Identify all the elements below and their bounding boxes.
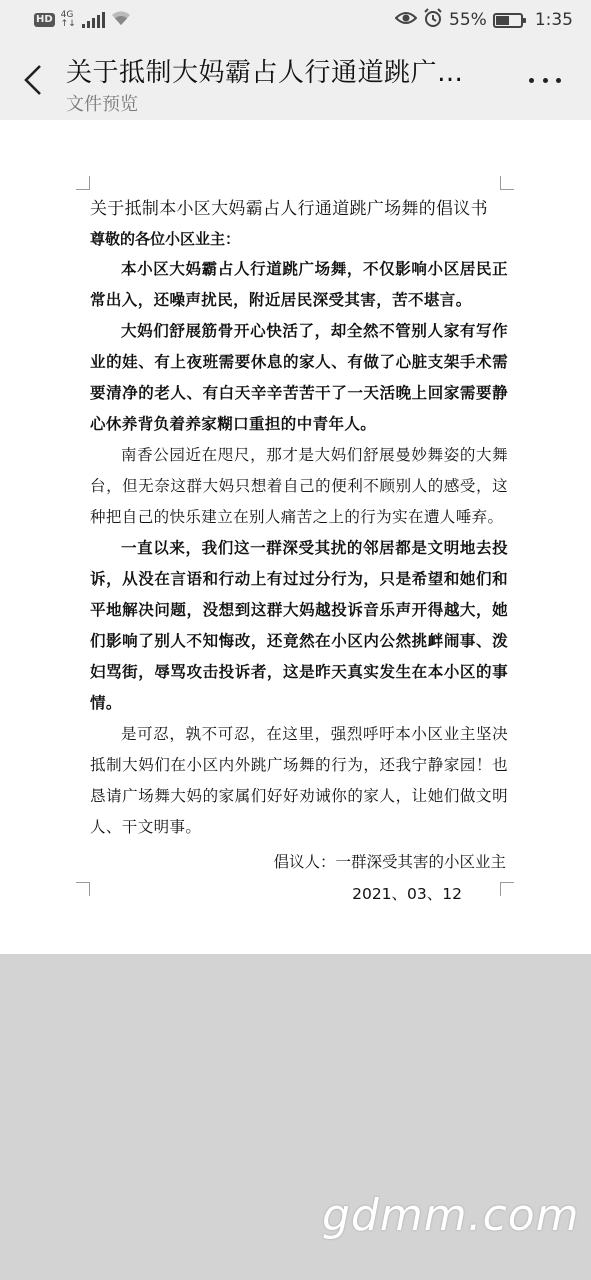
battery-icon [493,13,523,28]
status-left: HD 4G ↑↓ [34,10,131,31]
crop-mark-top-left [76,176,90,190]
document-salutation: 尊敬的各位小区业主： [90,224,508,254]
battery-percent: 55% [449,10,487,30]
document-paragraph: 南香公园近在咫尺，那才是大妈们舒展曼妙舞姿的大舞台，但无奈这群大妈只想着自己的便… [90,440,508,533]
chevron-left-icon [23,64,43,96]
document-body: 关于抵制本小区大妈霸占人行通道跳广场舞的倡议书 尊敬的各位小区业主： 本小区大妈… [90,194,508,910]
alarm-icon [423,8,443,33]
document-heading: 关于抵制本小区大妈霸占人行通道跳广场舞的倡议书 [90,194,508,224]
wifi-icon [111,10,131,31]
hd-icon: HD [34,13,55,27]
document-paragraph: 本小区大妈霸占人行道跳广场舞，不仅影响小区居民正常出入，还噪声扰民，附近居民深受… [90,254,508,316]
crop-mark-bottom-left [76,882,90,896]
network-type: 4G ↑↓ [61,11,76,29]
more-horizontal-icon [529,78,534,83]
clock: 1:35 [535,10,573,30]
more-button[interactable] [529,70,561,90]
document-page[interactable]: 关于抵制本小区大妈霸占人行通道跳广场舞的倡议书 尊敬的各位小区业主： 本小区大妈… [0,120,591,954]
page-subtitle: 文件预览 [66,90,138,116]
signal-icon [82,12,105,28]
document-paragraph: 是可忍，孰不可忍，在这里，强烈呼吁本小区业主坚决抵制大妈们在小区内外跳广场舞的行… [90,719,508,843]
status-bar: HD 4G ↑↓ 55% 1:35 [0,0,591,40]
document-signature: 倡议人：一群深受其害的小区业主 [90,847,508,878]
back-button[interactable] [18,60,48,100]
eye-icon [395,10,417,31]
status-right: 55% 1:35 [395,8,573,33]
watermark: gdmm.com [322,1190,580,1241]
crop-mark-top-right [500,176,514,190]
page-title: 关于抵制大妈霸占人行通道跳广… [66,52,496,89]
document-paragraph: 大妈们舒展筋骨开心快活了，却全然不管别人家有写作业的娃、有上夜班需要休息的家人、… [90,316,508,440]
app-bar: 关于抵制大妈霸占人行通道跳广… 文件预览 [0,40,591,120]
document-paragraph: 一直以来，我们这一群深受其扰的邻居都是文明地去投诉，从没在言语和行动上有过过分行… [90,533,508,719]
document-date: 2021、03、12 [90,878,508,910]
